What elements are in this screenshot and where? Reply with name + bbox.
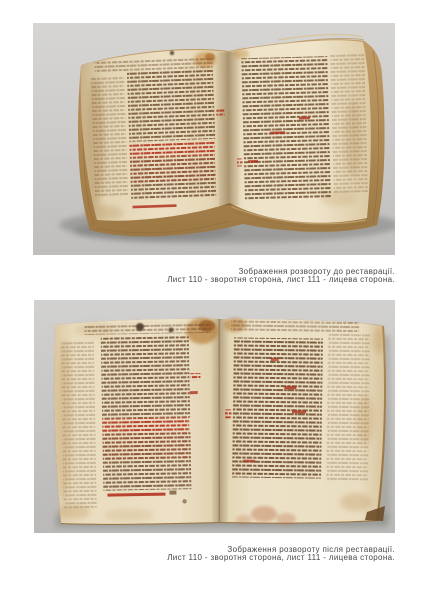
open-book-illustration	[33, 23, 395, 255]
caption-after-restoration: Зображення розвороту після реставрації. …	[34, 546, 395, 562]
photo-before-restoration	[33, 23, 395, 255]
right-page-text	[224, 320, 370, 482]
caption-line-2: Лист 110 - зворотня сторона, лист 111 - …	[34, 554, 395, 562]
book-gutter-shadow	[215, 51, 241, 206]
left-page-text	[90, 57, 227, 210]
right-page-text	[234, 54, 368, 200]
flat-spread-illustration	[34, 300, 395, 533]
rubric-red-section	[102, 417, 189, 434]
photo-after-restoration	[34, 300, 395, 533]
rubric-red-section	[129, 140, 214, 158]
caption-before-restoration: Зображення розвороту до реставрації. Лис…	[33, 268, 395, 284]
caption-line-2: Лист 110 - зворотня сторона, лист 111 - …	[33, 276, 395, 284]
gutter-line	[219, 319, 221, 522]
document-page: Зображення розвороту до реставрації. Лис…	[0, 0, 424, 600]
